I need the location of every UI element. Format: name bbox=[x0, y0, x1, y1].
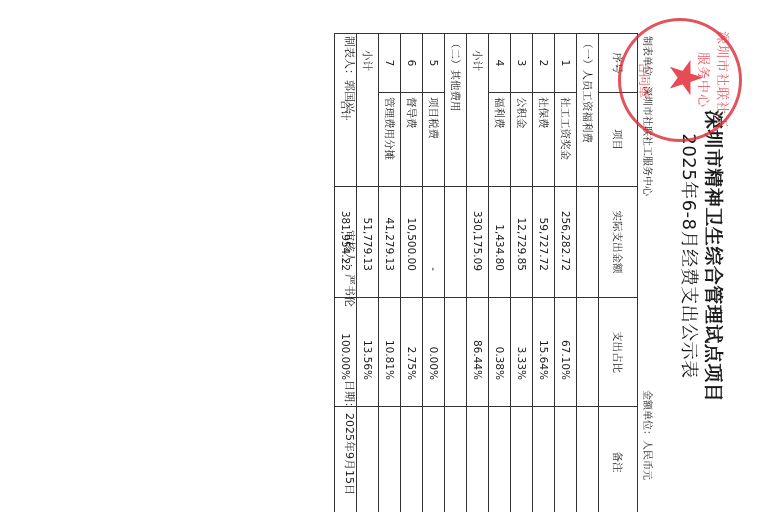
row-amount: 12,729.85 bbox=[511, 187, 533, 298]
row-percent: 10.81% bbox=[379, 298, 401, 407]
row-percent: 0.38% bbox=[489, 298, 511, 407]
reviewer: 审核人：严书伦 bbox=[342, 230, 358, 307]
row-note bbox=[555, 407, 577, 512]
row-note bbox=[467, 407, 489, 512]
row-seq: 3 bbox=[511, 34, 533, 93]
row-percent: 0.00% bbox=[423, 298, 445, 407]
row-percent bbox=[445, 298, 467, 407]
table-header-row: 序号 项目 实际支出金额 支出占比 备注 bbox=[599, 34, 638, 512]
row-amount: 330,175.09 bbox=[467, 187, 489, 298]
header-amount: 实际支出金额 bbox=[599, 187, 638, 298]
row-amount: 256,282.72 bbox=[555, 187, 577, 298]
row-amount: 41,279.13 bbox=[379, 187, 401, 298]
header-item: 项目 bbox=[599, 93, 638, 187]
row-amount: 10,500.00 bbox=[401, 187, 423, 298]
row-seq: 2 bbox=[533, 34, 555, 93]
table-row: 小计51,779.1313.56% bbox=[357, 34, 379, 512]
date: 日期：2025年9月15日 bbox=[342, 380, 358, 495]
currency-unit: 金额单位：人民币元 bbox=[641, 390, 656, 480]
document-title: 深圳市精神卫生综合管理试点项目 bbox=[701, 0, 728, 512]
section-label: （二）其他费用 bbox=[445, 34, 467, 187]
prepared-by-unit: 制表单位：深圳市社联社工服务中心 bbox=[641, 36, 656, 196]
row-item: 公积金 bbox=[511, 93, 533, 187]
row-amount bbox=[445, 187, 467, 298]
document-subtitle: 2025年6-8月经费支出公示表 bbox=[677, 0, 703, 512]
table-row: 2社保费59,727.7215.64% bbox=[533, 34, 555, 512]
row-percent: 2.75% bbox=[401, 298, 423, 407]
table-row: 6督导费10,500.002.75% bbox=[401, 34, 423, 512]
subtotal-label: 小计 bbox=[357, 34, 379, 187]
table-row: 5项目税费-0.00% bbox=[423, 34, 445, 512]
row-percent: 15.64% bbox=[533, 298, 555, 407]
row-note bbox=[423, 407, 445, 512]
row-note bbox=[533, 407, 555, 512]
table-row: 7管理费用分摊41,279.1310.81% bbox=[379, 34, 401, 512]
row-note bbox=[489, 407, 511, 512]
row-amount bbox=[577, 187, 599, 298]
section-row: （一）人员工资福利费 bbox=[577, 34, 599, 512]
preparer: 制表人：郭国兴 bbox=[342, 36, 358, 113]
row-item: 社工工资奖金 bbox=[555, 93, 577, 187]
row-percent: 13.56% bbox=[357, 298, 379, 407]
row-percent: 3.33% bbox=[511, 298, 533, 407]
rotated-document-page: 深圳市精神卫生综合管理试点项目 2025年6-8月经费支出公示表 制表单位：深圳… bbox=[310, 0, 740, 512]
row-note bbox=[577, 407, 599, 512]
expense-table: 序号 项目 实际支出金额 支出占比 备注 （一）人员工资福利费1社工工资奖金25… bbox=[334, 33, 638, 512]
row-seq: 6 bbox=[401, 34, 423, 93]
header-seq: 序号 bbox=[599, 34, 638, 93]
row-note bbox=[401, 407, 423, 512]
section-label: （一）人员工资福利费 bbox=[577, 34, 599, 187]
row-amount: - bbox=[423, 187, 445, 298]
table-row: 1社工工资奖金256,282.7267.10% bbox=[555, 34, 577, 512]
row-amount: 59,727.72 bbox=[533, 187, 555, 298]
table-row: 小计330,175.0986.44% bbox=[467, 34, 489, 512]
row-note bbox=[357, 407, 379, 512]
row-note bbox=[445, 407, 467, 512]
table-row: 3公积金12,729.853.33% bbox=[511, 34, 533, 512]
row-seq: 5 bbox=[423, 34, 445, 93]
row-item: 社保费 bbox=[533, 93, 555, 187]
table-row: 4福利费1,434.800.38% bbox=[489, 34, 511, 512]
subtotal-label: 小计 bbox=[467, 34, 489, 187]
row-percent: 86.44% bbox=[467, 298, 489, 407]
row-note bbox=[379, 407, 401, 512]
row-note bbox=[511, 407, 533, 512]
row-item: 督导费 bbox=[401, 93, 423, 187]
row-seq: 1 bbox=[555, 34, 577, 93]
header-note: 备注 bbox=[599, 407, 638, 512]
header-percent: 支出占比 bbox=[599, 298, 638, 407]
row-percent: 67.10% bbox=[555, 298, 577, 407]
section-row: （二）其他费用 bbox=[445, 34, 467, 512]
row-seq: 7 bbox=[379, 34, 401, 93]
row-seq: 4 bbox=[489, 34, 511, 93]
row-percent bbox=[577, 298, 599, 407]
row-item: 管理费用分摊 bbox=[379, 93, 401, 187]
row-item: 福利费 bbox=[489, 93, 511, 187]
row-item: 项目税费 bbox=[423, 93, 445, 187]
row-amount: 51,779.13 bbox=[357, 187, 379, 298]
row-amount: 1,434.80 bbox=[489, 187, 511, 298]
